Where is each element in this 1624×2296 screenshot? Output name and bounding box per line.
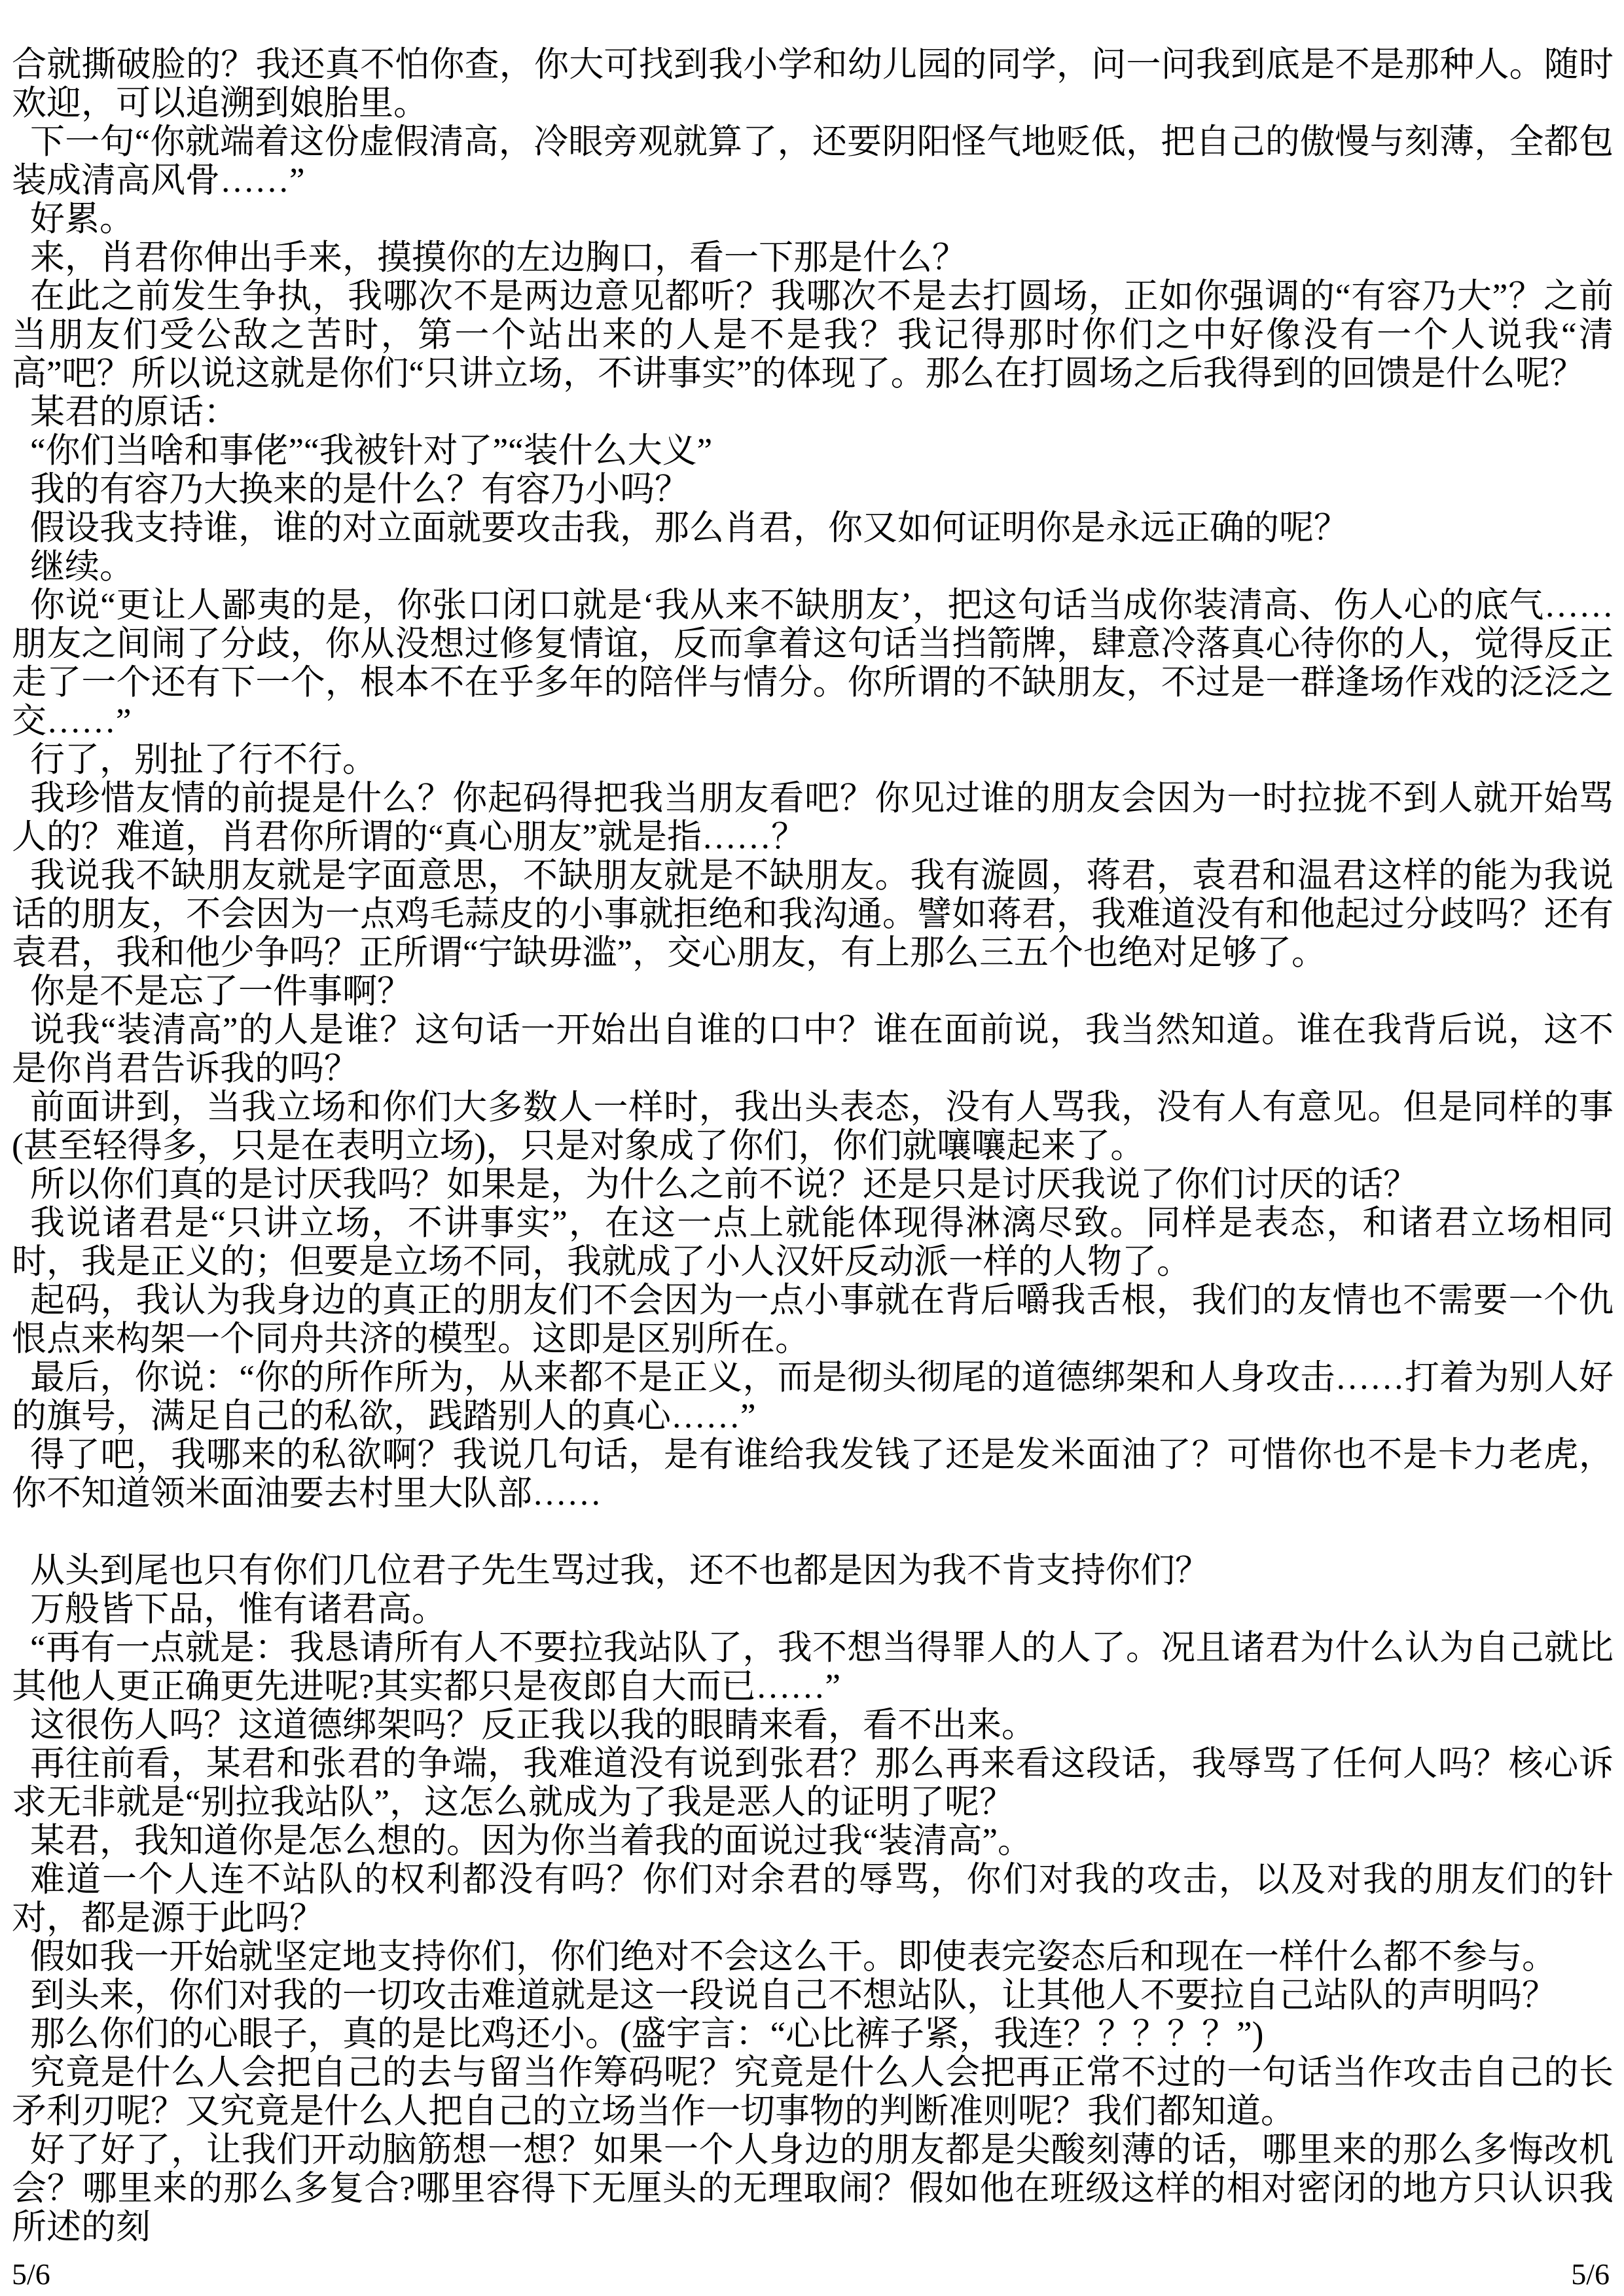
paragraph: 这很伤人吗？这道德绑架吗？反正我以我的眼睛来看，看不出来。 [12,1706,1614,1745]
paragraph: 前面讲到，当我立场和你们大多数人一样时，我出头表态，没有人骂我，没有人有意见。但… [12,1088,1614,1166]
paragraph: 万般皆下品，惟有诸君高。 [12,1590,1614,1629]
paragraph: 再往前看，某君和张君的争端，我难道没有说到张君？那么再来看这段话，我辱骂了任何人… [12,1745,1614,1822]
paragraph: 好了好了，让我们开动脑筋想一想？如果一个人身边的朋友都是尖酸刻薄的话，哪里来的那… [12,2131,1614,2247]
paragraph: “你们当啥和事佬”“我被针对了”“装什么大义” [12,432,1614,471]
paragraph: 我说诸君是“只讲立场，不讲事实”，在这一点上就能体现得淋漓尽致。同样是表态，和诸… [12,1204,1614,1282]
paragraph: 得了吧，我哪来的私欲啊？我说几句话，是有谁给我发钱了还是发米面油了？可惜你也不是… [12,1436,1614,1513]
paragraph: 起码，我认为我身边的真正的朋友们不会因为一点小事就在背后嚼我舌根，我们的友情也不… [12,1282,1614,1359]
paragraph: 好累。 [12,200,1614,239]
paragraph: 来，肖君你伸出手来，摸摸你的左边胸口，看一下那是什么？ [12,239,1614,278]
paragraph: 说我“装清高”的人是谁？这句话一开始出自谁的口中？谁在面前说，我当然知道。谁在我… [12,1011,1614,1088]
paragraph: 你是不是忘了一件事啊？ [12,973,1614,1011]
page-number-left: 5/6 [12,2259,50,2289]
paragraph: 你说“更让人鄙夷的是，你张口闭口就是‘我从来不缺朋友’，把这句话当成你装清高、伤… [12,586,1614,741]
paragraph: 我珍惜友情的前提是什么？你起码得把我当朋友看吧？你见过谁的朋友会因为一时拉拢不到… [12,780,1614,857]
paragraph: 究竟是什么人会把自己的去与留当作筹码呢？究竟是什么人会把再正常不过的一句话当作攻… [12,2054,1614,2131]
paragraph: 下一句“你就端着这份虚假清高，冷眼旁观就算了，还要阴阳怪气地贬低，把自己的傲慢与… [12,123,1614,200]
paragraph: 到头来，你们对我的一切攻击难道就是这一段说自己不想站队，让其他人不要拉自己站队的… [12,1977,1614,2015]
paragraph: 最后，你说：“你的所作所为，从来都不是正义，而是彻头彻尾的道德绑架和人身攻击……… [12,1359,1614,1436]
paragraph: 从头到尾也只有你们几位君子先生骂过我，还不也都是因为我不肯支持你们？ [12,1552,1614,1590]
paragraph: 在此之前发生争执，我哪次不是两边意见都听？我哪次不是去打圆场，正如你强调的“有容… [12,278,1614,393]
paragraph: “再有一点就是：我恳请所有人不要拉我站队了，我不想当得罪人的人了。况且诸君为什么… [12,1629,1614,1706]
page-number-right: 5/6 [1571,2259,1610,2289]
paragraph: 合就撕破脸的？我还真不怕你查，你大可找到我小学和幼儿园的同学，问一问我到底是不是… [12,46,1614,123]
paragraph: 继续。 [12,548,1614,586]
paragraph: 某君，我知道你是怎么想的。因为你当着我的面说过我“装清高”。 [12,1822,1614,1861]
paragraph: 行了，别扯了行不行。 [12,741,1614,780]
paragraph: 假设我支持谁，谁的对立面就要攻击我，那么肖君，你又如何证明你是永远正确的呢？ [12,509,1614,548]
paragraph: 所以你们真的是讨厌我吗？如果是，为什么之前不说？还是只是讨厌我说了你们讨厌的话？ [12,1166,1614,1204]
page-text: 合就撕破脸的？我还真不怕你查，你大可找到我小学和幼儿园的同学，问一问我到底是不是… [12,46,1614,2258]
paragraph: 我的有容乃大换来的是什么？有容乃小吗？ [12,471,1614,509]
paragraph: 某君的原话： [12,393,1614,432]
paragraph: 难道一个人连不站队的权利都没有吗？你们对余君的辱骂，你们对我的攻击，以及对我的朋… [12,1861,1614,1938]
document-page: 合就撕破脸的？我还真不怕你查，你大可找到我小学和幼儿园的同学，问一问我到底是不是… [0,0,1624,2296]
paragraph: 我说我不缺朋友就是字面意思，不缺朋友就是不缺朋友。我有漩圆，蒋君，袁君和温君这样… [12,857,1614,973]
paragraph: 假如我一开始就坚定地支持你们，你们绝对不会这么干。即使表完姿态后和现在一样什么都… [12,1938,1614,1977]
paragraph: 那么你们的心眼子，真的是比鸡还小。(盛宇言：“心比裤子紧，我连？？？？？”) [12,2015,1614,2054]
